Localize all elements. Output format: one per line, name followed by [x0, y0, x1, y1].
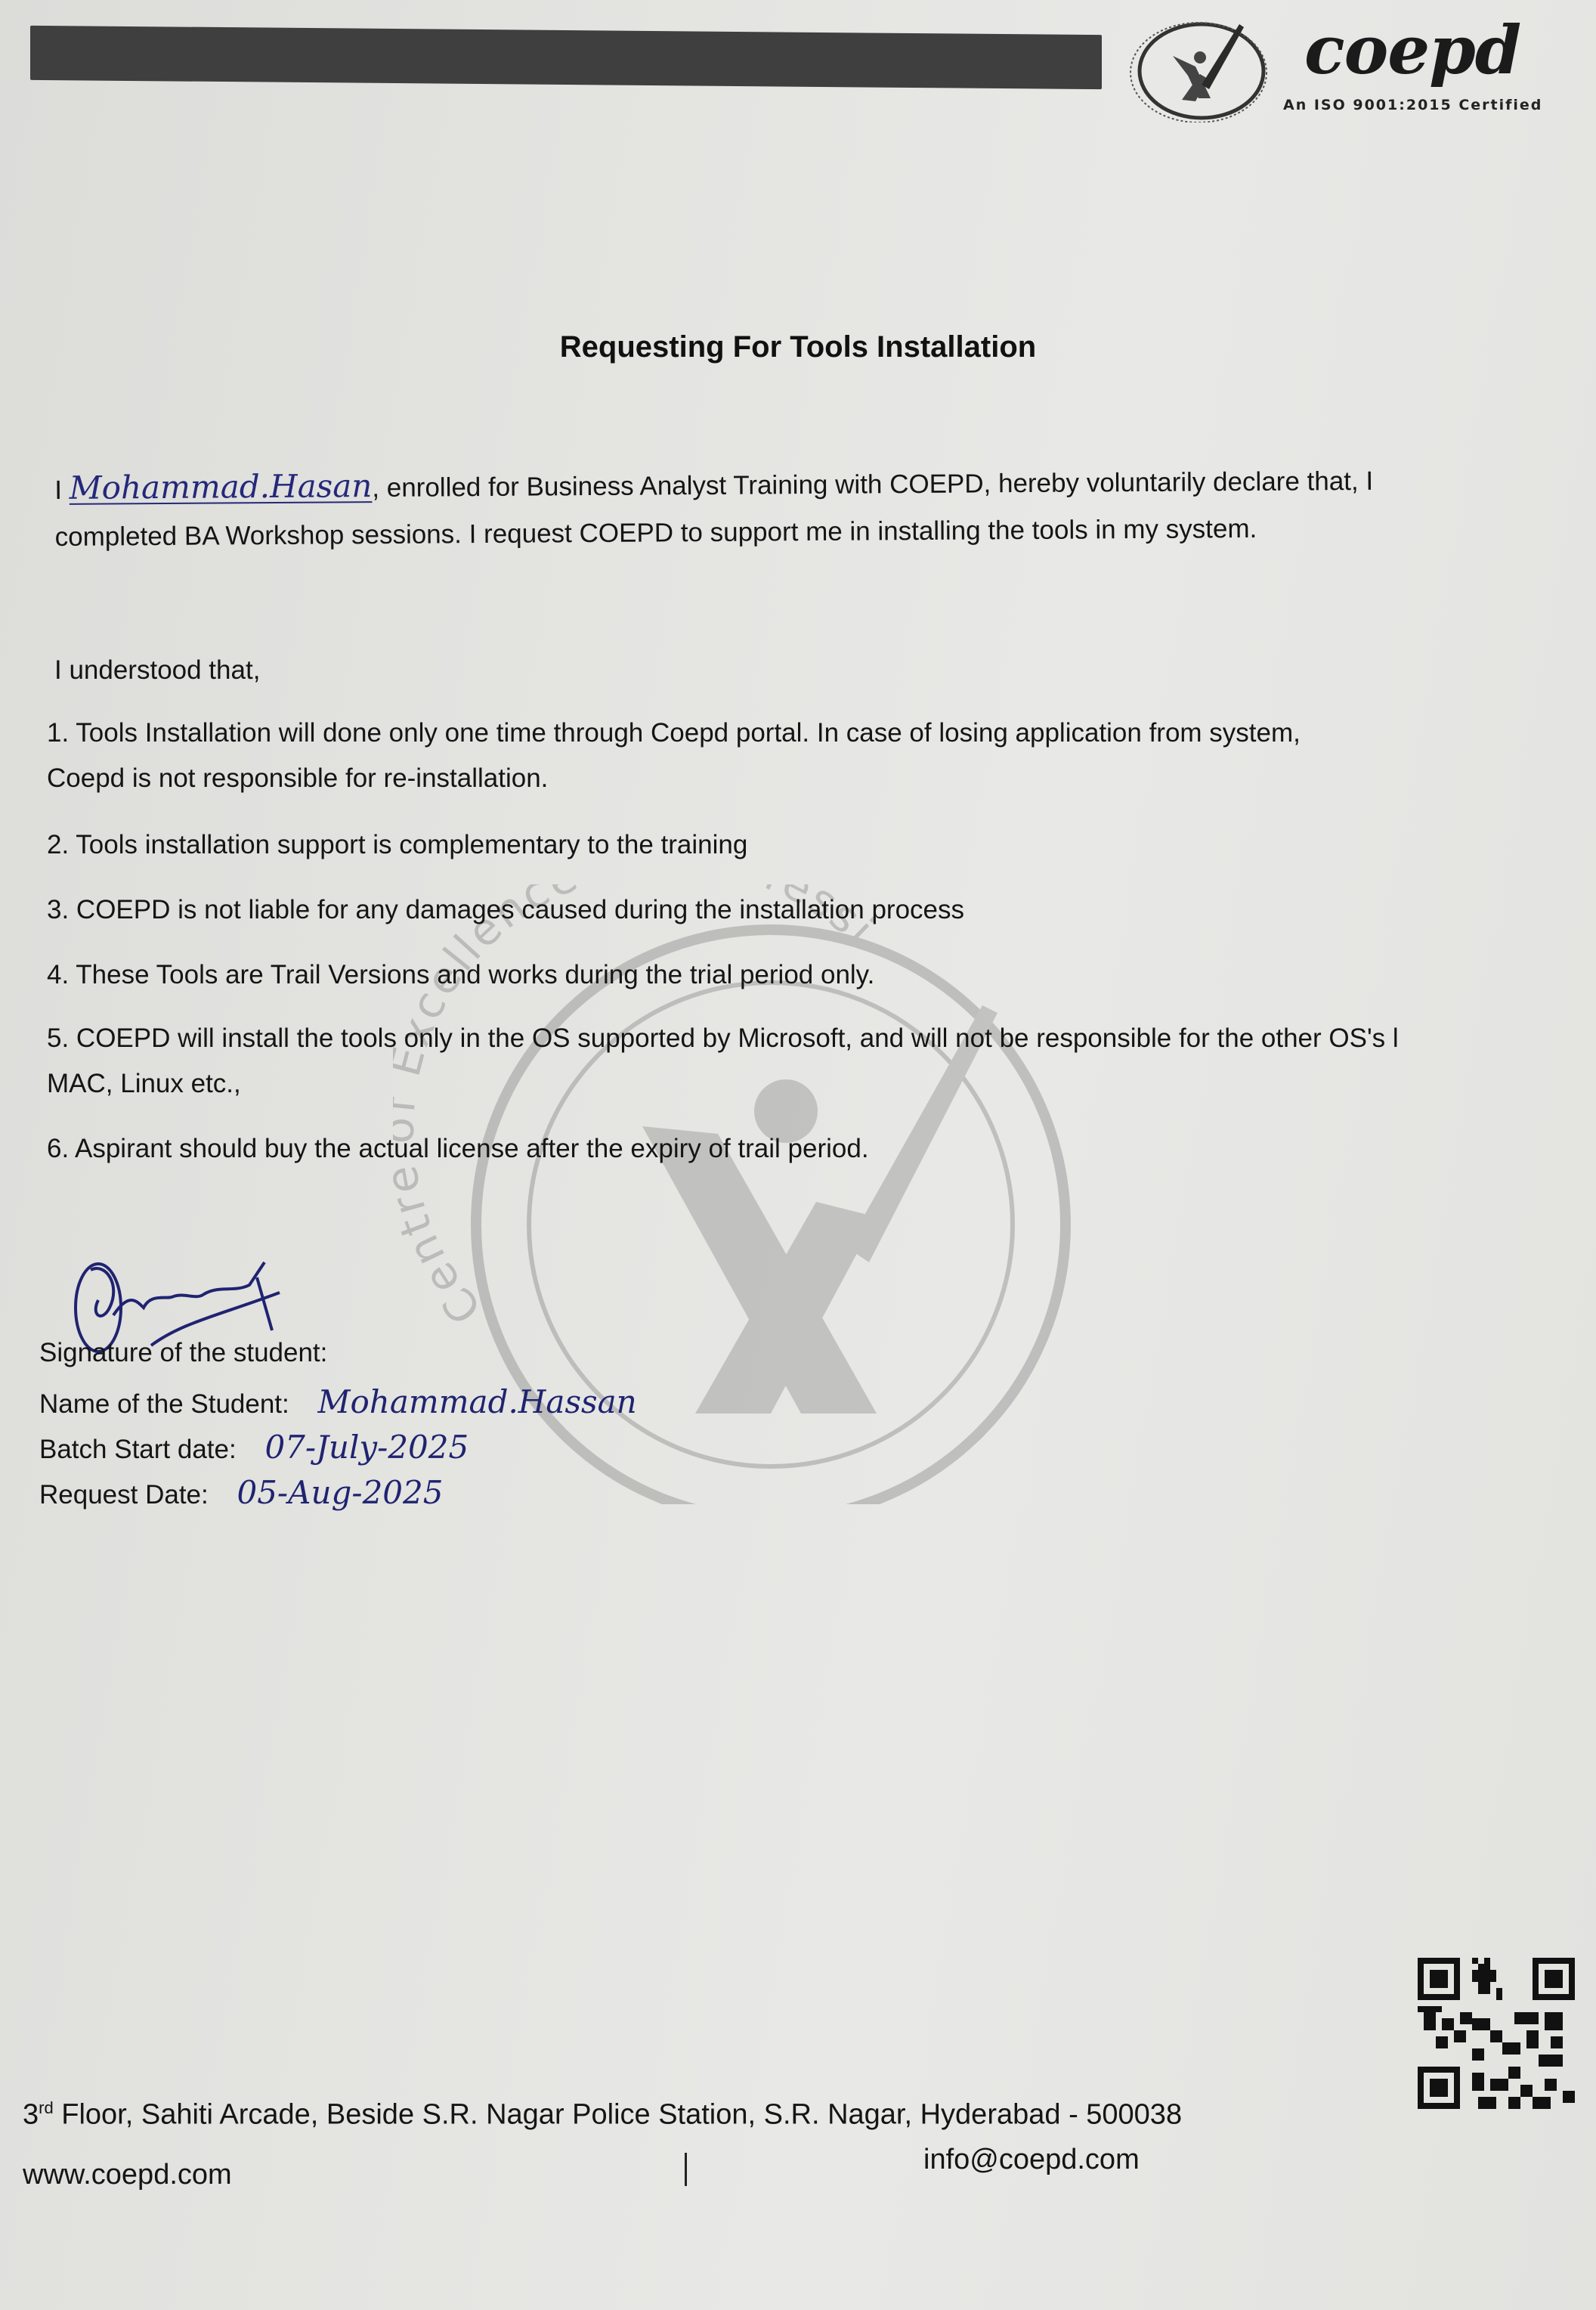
document-title: Requesting For Tools Installation [0, 330, 1596, 364]
batch-start-label: Batch Start date: [39, 1435, 237, 1464]
understood-heading: I understood that, [54, 648, 260, 693]
term-item: 1. Tools Installation will done only one… [47, 711, 1301, 800]
request-date-row: Request Date: 05-Aug-2025 [39, 1474, 443, 1511]
request-date-label: Request Date: [39, 1480, 209, 1510]
term-item: 5. COEPD will install the tools only in … [47, 1016, 1399, 1106]
request-date-value: 05-Aug-2025 [237, 1474, 443, 1511]
signature-label-row: Signature of the student: [39, 1338, 327, 1368]
signature-label: Signature of the student: [39, 1338, 327, 1367]
term-item: 4. These Tools are Trail Versions and wo… [47, 952, 874, 998]
qr-code-icon[interactable] [1418, 1958, 1575, 2109]
batch-start-value: 07-July-2025 [264, 1429, 469, 1466]
term-item: 2. Tools installation support is complem… [47, 822, 747, 868]
term-item: 6. Aspirant should buy the actual licens… [47, 1126, 869, 1172]
footer-divider [685, 2153, 687, 2186]
intro-paragraph: I Mohammad.Hasan, enrolled for Business … [54, 452, 1374, 560]
intro-line-2: completed BA Workshop sessions. I reques… [54, 506, 1373, 560]
footer-email-link[interactable]: info@coepd.com [923, 2144, 1140, 2176]
coepd-logo-icon [1126, 17, 1277, 122]
intro-line-1: I Mohammad.Hasan, enrolled for Business … [54, 452, 1373, 516]
student-name-label: Name of the Student: [39, 1389, 289, 1419]
brand-wordmark: coepd [1304, 11, 1520, 89]
student-name-row: Name of the Student: Mohammad.Hassan [39, 1383, 637, 1420]
student-name-inline: Mohammad.Hasan [70, 467, 373, 506]
iso-certification: An ISO 9001:2015 Certified [1283, 97, 1542, 113]
footer-website-link[interactable]: www.coepd.com [23, 2159, 232, 2191]
term-item: 3. COEPD is not liable for any damages c… [47, 887, 964, 933]
student-name-value: Mohammad.Hassan [318, 1383, 637, 1420]
batch-start-row: Batch Start date: 07-July-2025 [39, 1429, 469, 1466]
header-bar [30, 26, 1102, 89]
footer-address: 3rd Floor, Sahiti Arcade, Beside S.R. Na… [23, 2098, 1182, 2132]
